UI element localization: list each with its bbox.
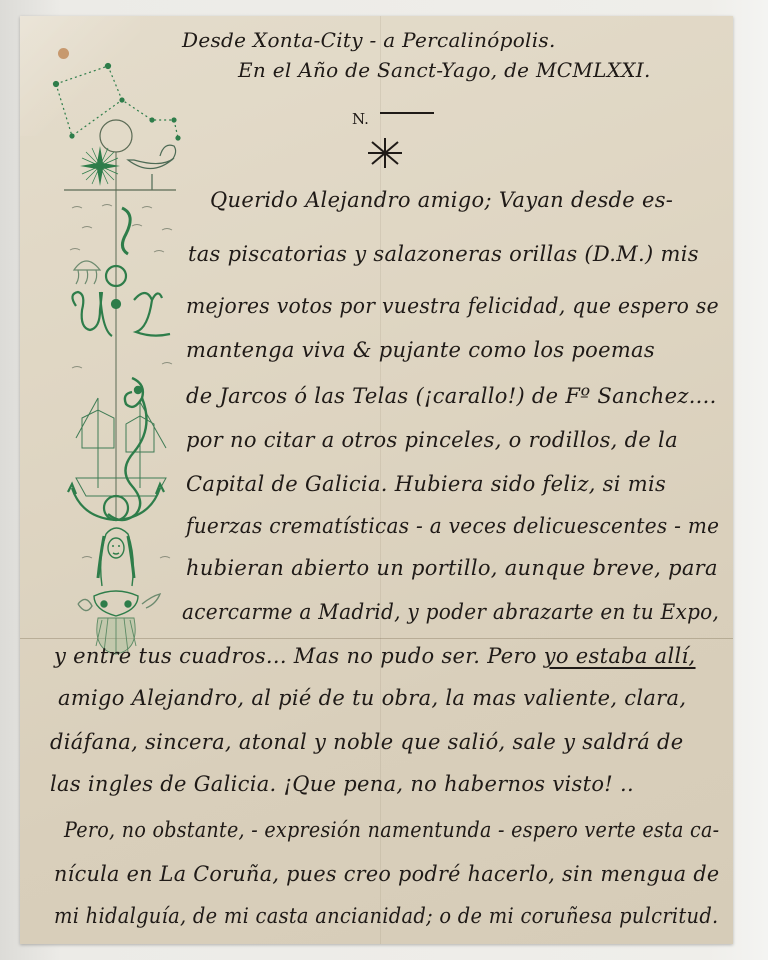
compass-rose-icon (80, 146, 120, 186)
letter-line: de Jarcos ó las Telas (¡carallo!) de Fº … (186, 384, 717, 408)
sea-serpent-icon (108, 378, 147, 520)
letter-line: tas piscatorias y salazoneras orillas (D… (188, 242, 699, 266)
sailing-ship-icon (76, 398, 166, 496)
letter-line-text: y entre tus cuadros... Mas no pudo ser. … (54, 644, 544, 668)
letter-line: Pero, no obstante, - expresión namentund… (64, 818, 719, 842)
north-label: N. (352, 110, 369, 128)
letter-line: y entre tus cuadros... Mas no pudo ser. … (54, 644, 696, 668)
letter-header-line-1: Desde Xonta-City - a Percalinópolis. (182, 28, 556, 52)
jellyfish-icon (74, 261, 100, 284)
letter-line: diáfana, sincera, atonal y noble que sal… (50, 730, 684, 754)
bleed-through-text (540, 114, 546, 138)
letter-line: Querido Alejandro amigo; Vayan desde es- (210, 188, 673, 212)
letter-line: nícula en La Coruña, pues creo podré hac… (54, 862, 719, 886)
north-underline (380, 112, 434, 114)
letter-line: mejores votos por vuestra felicidad, que… (186, 294, 719, 318)
letter-header-line-2: En el Año de Sanct-Yago, de MCMLXXI. (238, 58, 651, 82)
letter-line: las ingles de Galicia. ¡Que pena, no hab… (50, 772, 634, 796)
bird-boat-icon (128, 145, 176, 190)
constellation-icon (54, 64, 181, 141)
letter-line: mi hidalguía, de mi casta ancianidad; o … (54, 904, 719, 928)
underlined-phrase: yo estaba allí, (544, 644, 696, 668)
letter-line: amigo Alejandro, al pié de tu obra, la m… (58, 686, 686, 710)
letter-line: por no citar a otros pinceles, o rodillo… (186, 428, 678, 452)
waves-icon (70, 205, 172, 559)
sun-circle-icon (100, 120, 132, 152)
letter-line: Capital de Galicia. Hubiera sido feliz, … (186, 472, 666, 496)
letter-line: hubieran abierto un portillo, aunque bre… (186, 556, 718, 580)
hook-icon (122, 208, 130, 254)
letter-line: fuerzas crematísticas - a veces delicues… (186, 514, 719, 538)
mermaid-icon (78, 528, 160, 616)
letter-line: mantenga viva & pujante como los poemas (186, 338, 655, 362)
letter-line: acercarme a Madrid, y poder abrazarte en… (182, 600, 719, 624)
compass-star-icon (364, 136, 406, 170)
letter-paper: Desde Xonta-City - a Percalinópolis. En … (20, 16, 733, 944)
